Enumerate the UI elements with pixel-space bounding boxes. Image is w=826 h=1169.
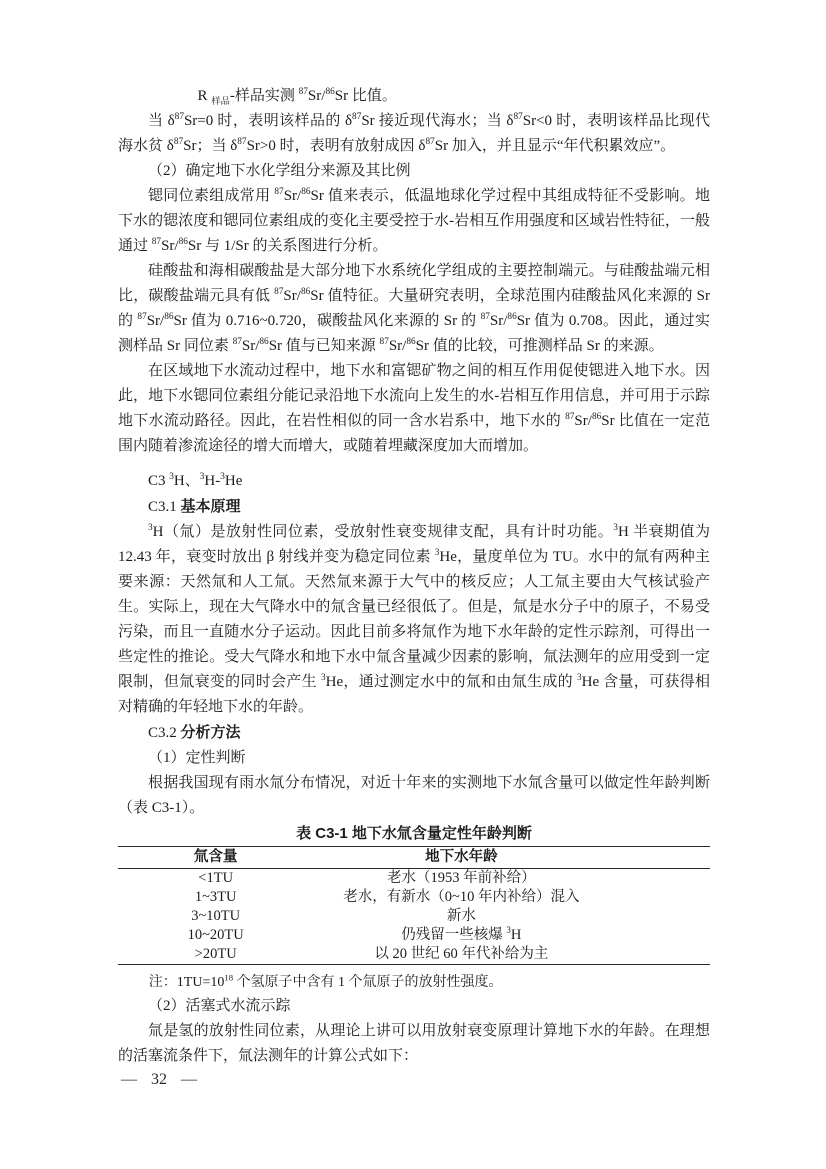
subsection-label: 基本原理 xyxy=(181,498,241,515)
paragraph-silicate-carbonate: 硅酸盐和海相碳酸盐是大部分地下水系统化学组成的主要控制端元。与硅酸盐端元相比，碳… xyxy=(118,259,710,359)
table-row: 1~3TU 老水，有新水（0~10 年内补给）混入 xyxy=(118,888,710,907)
cell-age: 老水（1953 年前补给） xyxy=(313,869,609,889)
subsection-number: C3.1 xyxy=(148,499,177,515)
column-header-tritium: 氚含量 xyxy=(118,847,313,869)
table-row: >20TU 以 20 世纪 60 年代补给为主 xyxy=(118,945,710,965)
list-item-2-piston: （2）活塞式水流示踪 xyxy=(118,994,710,1019)
cell-age: 以 20 世纪 60 年代补给为主 xyxy=(313,945,609,965)
footer-dash-left: — xyxy=(121,1071,137,1089)
list-item-1-heading: （1）定性判断 xyxy=(118,746,710,771)
paragraph-regional-flow: 在区域地下水流动过程中，地下水和富锶矿物之间的相互作用促使锶进入地下水。因此，地… xyxy=(118,359,710,459)
section-heading-c3: C3 3H、3H-3He xyxy=(118,469,710,494)
table-note: 注：1TU=1018 个氢原子中含有 1 个氚原子的放射性强度。 xyxy=(118,965,710,994)
cell-tu-range: >20TU xyxy=(118,945,313,965)
paragraph-piston-flow: 氚是氢的放射性同位素，从理论上讲可以用放射衰变原理计算地下水的年龄。在理想的活塞… xyxy=(118,1019,710,1069)
column-header-spacer xyxy=(609,847,710,869)
cell-age: 仍残留一些核爆 3H xyxy=(313,926,609,945)
subsection-heading-c32: C3.2 分析方法 xyxy=(118,720,710,746)
subsection-number: C3.2 xyxy=(148,725,177,741)
cell-age: 新水 xyxy=(313,907,609,926)
subsection-heading-c31: C3.1 基本原理 xyxy=(118,494,710,520)
cell-tu-range: 1~3TU xyxy=(118,888,313,907)
paragraph-sr-isotope: 锶同位素组成常用 87Sr/86Sr 值来表示，低温地球化学过程中其组成特征不受… xyxy=(118,184,710,259)
page-number: 32 xyxy=(151,1071,167,1089)
cell-tu-range: 10~20TU xyxy=(118,926,313,945)
table-row: 10~20TU 仍残留一些核爆 3H xyxy=(118,926,710,945)
definition-line: R 样品-样品实测 87Sr/86Sr 比值。 xyxy=(118,84,710,109)
page-content: R 样品-样品实测 87Sr/86Sr 比值。 当 δ87Sr=0 时，表明该样… xyxy=(118,84,710,1069)
document-page: R 样品-样品实测 87Sr/86Sr 比值。 当 δ87Sr=0 时，表明该样… xyxy=(0,0,826,1169)
table-row: 3~10TU 新水 xyxy=(118,907,710,926)
paragraph-delta-sr: 当 δ87Sr=0 时，表明该样品的 δ87Sr 接近现代海水；当 δ87Sr<… xyxy=(118,109,710,159)
paragraph-qualitative-judgement: 根据我国现有雨水氚分布情况，对近十年来的实测地下水氚含量可以做定性年龄判断（表 … xyxy=(118,771,710,821)
list-item-2-heading: （2）确定地下水化学组分来源及其比例 xyxy=(118,159,710,184)
footer-dash-right: — xyxy=(181,1071,197,1089)
table-header-row: 氚含量 地下水年龄 xyxy=(118,847,710,869)
table-row: <1TU 老水（1953 年前补给） xyxy=(118,869,710,889)
page-footer: — 32 — xyxy=(121,1071,197,1089)
table-title: 表 C3-1 地下水氚含量定性年龄判断 xyxy=(118,821,710,846)
column-header-age: 地下水年龄 xyxy=(313,847,609,869)
paragraph-tritium-principle: 3H（氚）是放射性同位素，受放射性衰变规律支配，具有计时功能。3H 半衰期值为 … xyxy=(118,520,710,720)
cell-tu-range: 3~10TU xyxy=(118,907,313,926)
tritium-age-table: 氚含量 地下水年龄 <1TU 老水（1953 年前补给） 1~3TU 老水，有新… xyxy=(118,846,710,965)
subsection-label: 分析方法 xyxy=(181,724,241,741)
cell-tu-range: <1TU xyxy=(118,869,313,889)
cell-age: 老水，有新水（0~10 年内补给）混入 xyxy=(313,888,609,907)
